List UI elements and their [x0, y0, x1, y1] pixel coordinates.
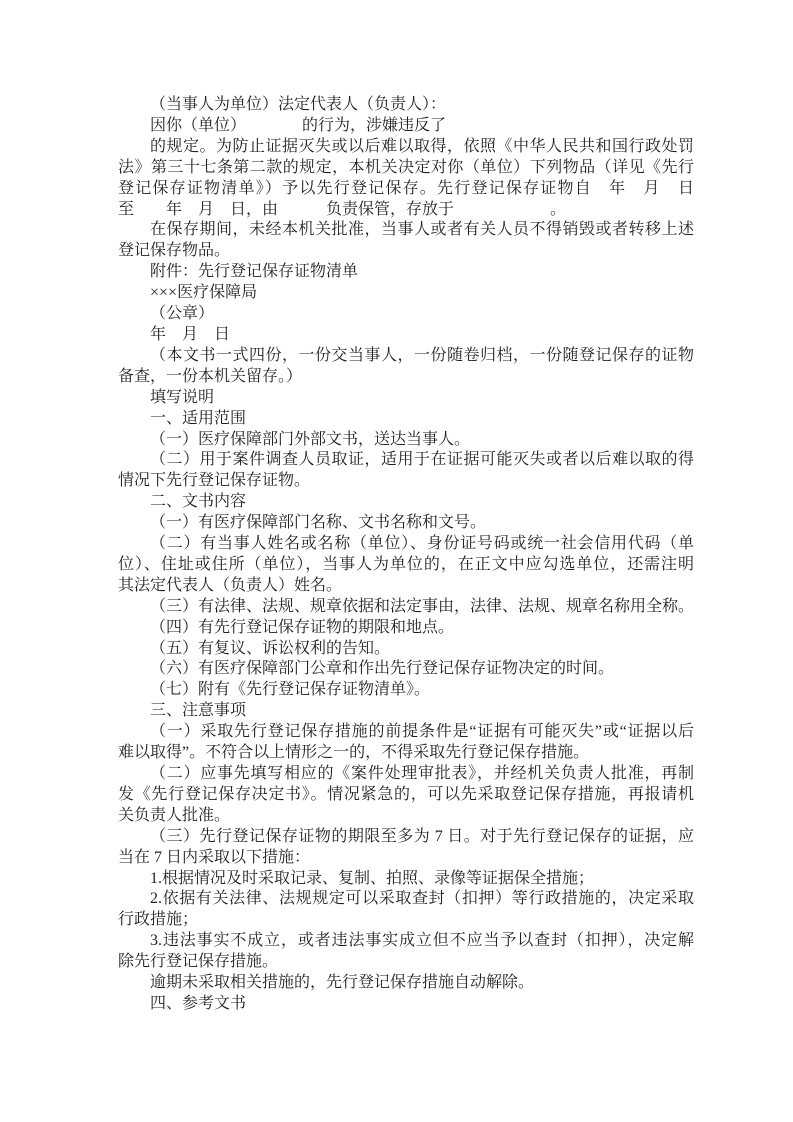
- text-line: （当事人为单位）法定代表人（负责人）：: [118, 95, 694, 116]
- text-line: 填写说明: [118, 388, 694, 409]
- text-line: （六）有医疗保障部门公章和作出先行登记保存证物决定的时间。: [118, 659, 694, 680]
- text-line: 一、适用范围: [118, 409, 694, 430]
- text-line: 法》第三十七条第二款的规定，本机关决定对你（单位）下列物品（详见《先行: [118, 158, 694, 179]
- text-line: 发《先行登记保存决定书》。情况紧急的，可以先采取登记保存措施，再报请机: [118, 785, 694, 806]
- text-line: 位）、住址或住所（单位），当事人为单位的，在正文中应勾选单位，还需注明: [118, 555, 694, 576]
- text-line: 在保存期间，未经本机关批准，当事人或者有关人员不得销毁或者转移上述: [118, 220, 694, 241]
- text-line: 四、参考文书: [118, 994, 694, 1015]
- text-line: （二）应事先填写相应的《案件处理审批表》，并经机关负责人批准，再制: [118, 764, 694, 785]
- text-line: （四）有先行登记保存证物的期限和地点。: [118, 618, 694, 639]
- text-line: 情况下先行登记保存证物。: [118, 471, 694, 492]
- document-page: （当事人为单位）法定代表人（负责人）：因你（单位） 的行为，涉嫌违反了的规定。为…: [0, 0, 793, 1122]
- text-line: ×××医疗保障局: [118, 283, 694, 304]
- text-line: 的规定。为防止证据灭失或以后难以取得，依照《中华人民共和国行政处罚: [118, 137, 694, 158]
- text-line: 年 月 日: [118, 325, 694, 346]
- text-line: 2.依据有关法律、法规规定可以采取查封（扣押）等行政措施的，决定采取: [118, 889, 694, 910]
- text-line: 逾期未采取相关措施的，先行登记保存措施自动解除。: [118, 973, 694, 994]
- text-line: 登记保存证物清单》）予以先行登记保存。先行登记保存证物自 年 月 日: [118, 179, 694, 200]
- text-line: 难以取得”。不符合以上情形之一的，不得采取先行登记保存措施。: [118, 743, 694, 764]
- text-line: （公章）: [118, 304, 694, 325]
- text-line: （五）有复议、诉讼权利的告知。: [118, 639, 694, 660]
- text-line: （二）用于案件调查人员取证，适用于在证据可能灭失或者以后难以取的得: [118, 450, 694, 471]
- text-line: 行政措施；: [118, 910, 694, 931]
- text-line: 除先行登记保存措施。: [118, 952, 694, 973]
- text-line: （三）先行登记保存证物的期限至多为 7 日。对于先行登记保存的证据，应: [118, 827, 694, 848]
- text-line: 备查，一份本机关留存。）: [118, 367, 694, 388]
- text-line: 至 年 月 日，由 负责保管，存放于 。: [118, 200, 694, 221]
- text-line: （一）医疗保障部门外部文书，送达当事人。: [118, 430, 694, 451]
- text-line: 三、注意事项: [118, 701, 694, 722]
- text-line: 二、文书内容: [118, 492, 694, 513]
- text-line: 当在 7 日内采取以下措施：: [118, 848, 694, 869]
- text-line: 3.违法事实不成立，或者违法事实成立但不应当予以查封（扣押），决定解: [118, 931, 694, 952]
- text-line: （七）附有《先行登记保存证物清单》。: [118, 680, 694, 701]
- text-line: 附件：先行登记保存证物清单: [118, 262, 694, 283]
- text-line: （一）采取先行登记保存措施的前提条件是“证据有可能灭失”或“证据以后: [118, 722, 694, 743]
- text-line: 1.根据情况及时采取记录、复制、拍照、录像等证据保全措施；: [118, 869, 694, 890]
- text-line: （本文书一式四份，一份交当事人，一份随卷归档，一份随登记保存的证物: [118, 346, 694, 367]
- text-line: 关负责人批准。: [118, 806, 694, 827]
- document-body: （当事人为单位）法定代表人（负责人）：因你（单位） 的行为，涉嫌违反了的规定。为…: [118, 95, 694, 1015]
- text-line: （一）有医疗保障部门名称、文书名称和文号。: [118, 513, 694, 534]
- text-line: 因你（单位） 的行为，涉嫌违反了: [118, 116, 694, 137]
- text-line: 其法定代表人（负责人）姓名。: [118, 576, 694, 597]
- text-line: 登记保存物品。: [118, 241, 694, 262]
- text-line: （三）有法律、法规、规章依据和法定事由，法律、法规、规章名称用全称。: [118, 597, 694, 618]
- text-line: （二）有当事人姓名或名称（单位）、身份证号码或统一社会信用代码（单: [118, 534, 694, 555]
